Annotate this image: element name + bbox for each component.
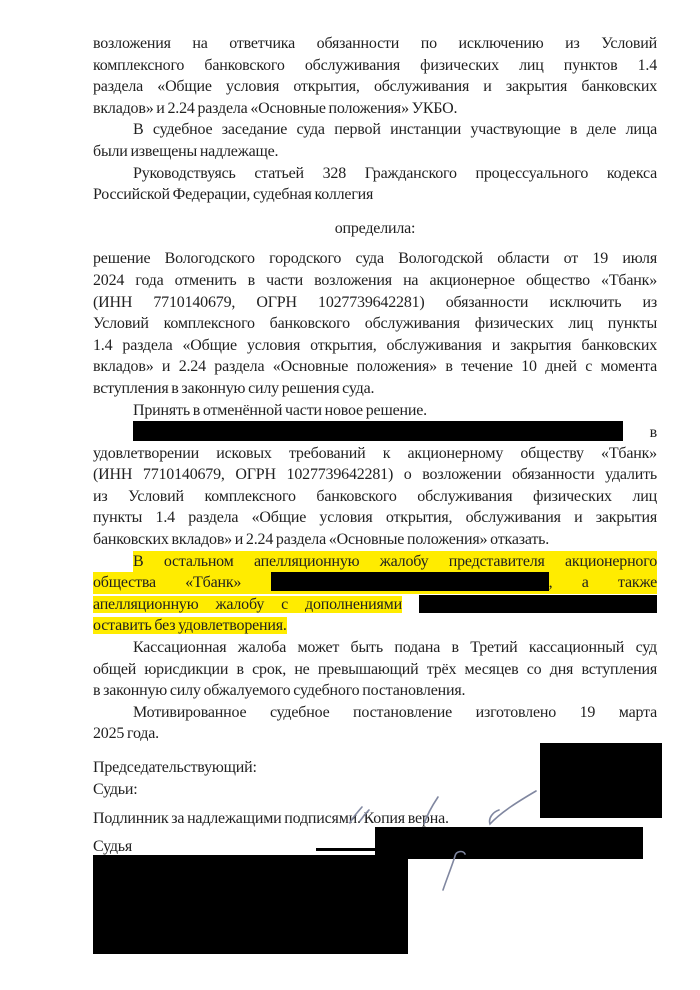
doc-line: общей юрисдикции в срок, не превышающий … (93, 659, 657, 681)
paragraph-appeal-dismissed: В остальном апелляционную жалобу предста… (93, 551, 657, 637)
doc-line: из Условий комплексного банковского обсл… (93, 486, 657, 508)
highlighted-text: В остальном апелляционную жалобу предста… (133, 551, 657, 573)
redaction-bar (133, 421, 623, 441)
paragraph-decision: решение Вологодского городского суда Вол… (93, 248, 657, 399)
doc-line: Российской Федерации, судебная коллегия (93, 184, 657, 206)
doc-line: 1.4 раздела «Общие условия открытия, обс… (93, 335, 657, 357)
highlighted-text: , а также (549, 574, 657, 591)
doc-line-redacted: в (93, 421, 657, 443)
doc-line-tail: в (650, 424, 657, 441)
redaction-underline (316, 848, 376, 851)
highlighted-text: апелляционную жалобу с дополнениями (93, 596, 402, 613)
doc-line: удовлетворении исковых требований к акци… (93, 443, 657, 465)
paragraph-cassation: Кассационная жалоба может быть подана в … (93, 637, 657, 702)
ruling-keyword: определила: (93, 218, 657, 240)
doc-line: Руководствуясь статьей 328 Гражданского … (93, 163, 657, 185)
doc-line: раздела «Общие условия открытия, обслужи… (93, 76, 657, 98)
doc-line: решение Вологодского городского суда Вол… (93, 248, 657, 270)
doc-line: (ИНН 7710140679, ОГРН 1027739642281) обя… (93, 292, 657, 314)
redaction-box-judge-name (375, 827, 643, 859)
doc-line: Кассационная жалоба может быть подана в … (93, 637, 657, 659)
paragraph-guided-by-article: Руководствуясь статьей 328 Гражданского … (93, 163, 657, 206)
redaction-box-stamp (93, 855, 408, 954)
paragraph-hearing-notice: В судебное заседание суда первой инстанц… (93, 119, 657, 162)
doc-line: вступления в законную силу решения суда. (93, 378, 657, 400)
doc-line: Условий комплексного банковского обслужи… (93, 313, 657, 335)
redaction-box-presiding-signature (540, 743, 662, 818)
highlighted-text: оставить без удовлетворения. (93, 617, 287, 634)
doc-line: (ИНН 7710140679, ОГРН 1027739642281) о в… (93, 464, 657, 486)
redaction-inline (271, 572, 549, 591)
highlight-line: апелляционную жалобу с дополнениями (93, 594, 657, 616)
highlight-line: общества «Тбанк» , а также (93, 572, 657, 594)
doc-line: вкладов» и 2.24 раздела «Основные положе… (93, 356, 657, 378)
doc-line: комплексного банковского обслуживания фи… (93, 55, 657, 77)
doc-line: возложения на ответчика обязанности по и… (93, 33, 657, 55)
paragraph-motivated-date: Мотивированное судебное постановление из… (93, 702, 657, 745)
highlighted-text: общества «Тбанк» (93, 574, 241, 591)
doc-line: 2024 года отменить в части возложения на… (93, 270, 657, 292)
paragraph-ukbo-exclusion: возложения на ответчика обязанности по и… (93, 33, 657, 119)
paragraph-refusal: в удовлетворении исковых требований к ак… (93, 421, 657, 551)
court-document-page: возложения на ответчика обязанности по и… (0, 0, 700, 990)
doc-text-column: возложения на ответчика обязанности по и… (93, 33, 657, 857)
doc-line: были извещены надлежаще. (93, 141, 657, 163)
doc-line: В судебное заседание суда первой инстанц… (93, 119, 657, 141)
doc-line: в законную силу обжалуемого судебного по… (93, 680, 657, 702)
highlight-line: оставить без удовлетворения. (93, 615, 657, 637)
doc-line: 2025 года. (93, 723, 657, 745)
redaction-inline (419, 595, 657, 613)
doc-line: пункты 1.4 раздела «Общие условия открыт… (93, 507, 657, 529)
highlight-line: В остальном апелляционную жалобу предста… (93, 551, 657, 573)
doc-line: вкладов» и 2.24 раздела «Основные положе… (93, 98, 657, 120)
doc-line: банковских вкладов» и 2.24 раздела «Осно… (93, 529, 657, 551)
doc-line: Мотивированное судебное постановление из… (93, 702, 657, 724)
paragraph-new-decision: Принять в отменённой части новое решение… (93, 400, 657, 422)
